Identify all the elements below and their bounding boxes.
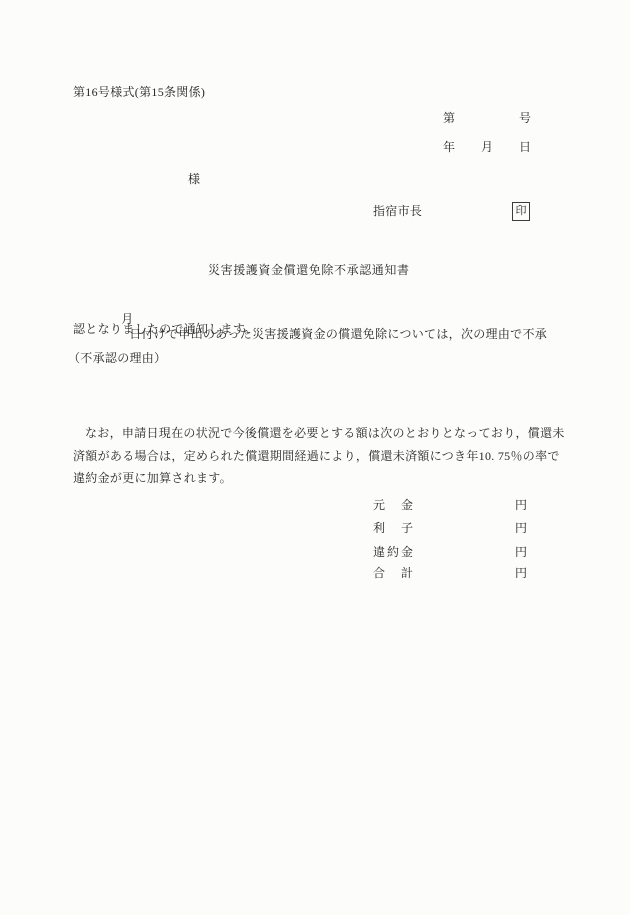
date-line: 年 月 日	[443, 140, 531, 155]
amount-unit-interest: 円	[515, 521, 527, 536]
doc-number-prefix: 第	[443, 111, 455, 126]
addressee-suffix: 様	[188, 172, 200, 187]
doc-number-line: 第 号	[443, 111, 531, 126]
amount-label-interest: 利 子	[373, 521, 413, 536]
seal-stamp: 印	[512, 202, 530, 221]
amount-label-principal: 元 金	[373, 498, 413, 513]
date-month-label: 月	[481, 140, 493, 155]
reason-label: （不承認の理由）	[68, 351, 166, 366]
amount-label-total: 合 計	[373, 566, 413, 581]
body-paragraph-2-line-3: 違約金が更に加算されます。	[73, 471, 232, 486]
body-paragraph-2-line-1: なお，申請日現在の状況で今後償還を必要とする額は次のとおりとなっており，償還未	[85, 426, 565, 441]
amount-unit-penalty: 円	[515, 545, 527, 560]
doc-number-suffix: 号	[519, 111, 531, 126]
amount-unit-total: 円	[515, 566, 527, 581]
amount-label-penalty: 違約金	[373, 545, 413, 560]
date-year-label: 年	[443, 140, 455, 155]
body-paragraph-1-line-2: 認となりましたので通知します。	[73, 322, 257, 337]
sender-title: 指宿市長	[373, 204, 422, 219]
document-page: 第16号様式(第15条関係) 第 号 年 月 日 様 指宿市長 印 災害援護資金…	[0, 0, 630, 915]
body-paragraph-2-line-2: 済額がある場合は，定められた償還期間経過により，償還未済額につき年10. 75％…	[73, 449, 560, 464]
date-day-label: 日	[519, 140, 531, 155]
amount-unit-principal: 円	[515, 498, 527, 513]
document-title: 災害援護資金償還免除不承認通知書	[208, 263, 410, 278]
form-number: 第16号様式(第15条関係)	[73, 85, 205, 100]
